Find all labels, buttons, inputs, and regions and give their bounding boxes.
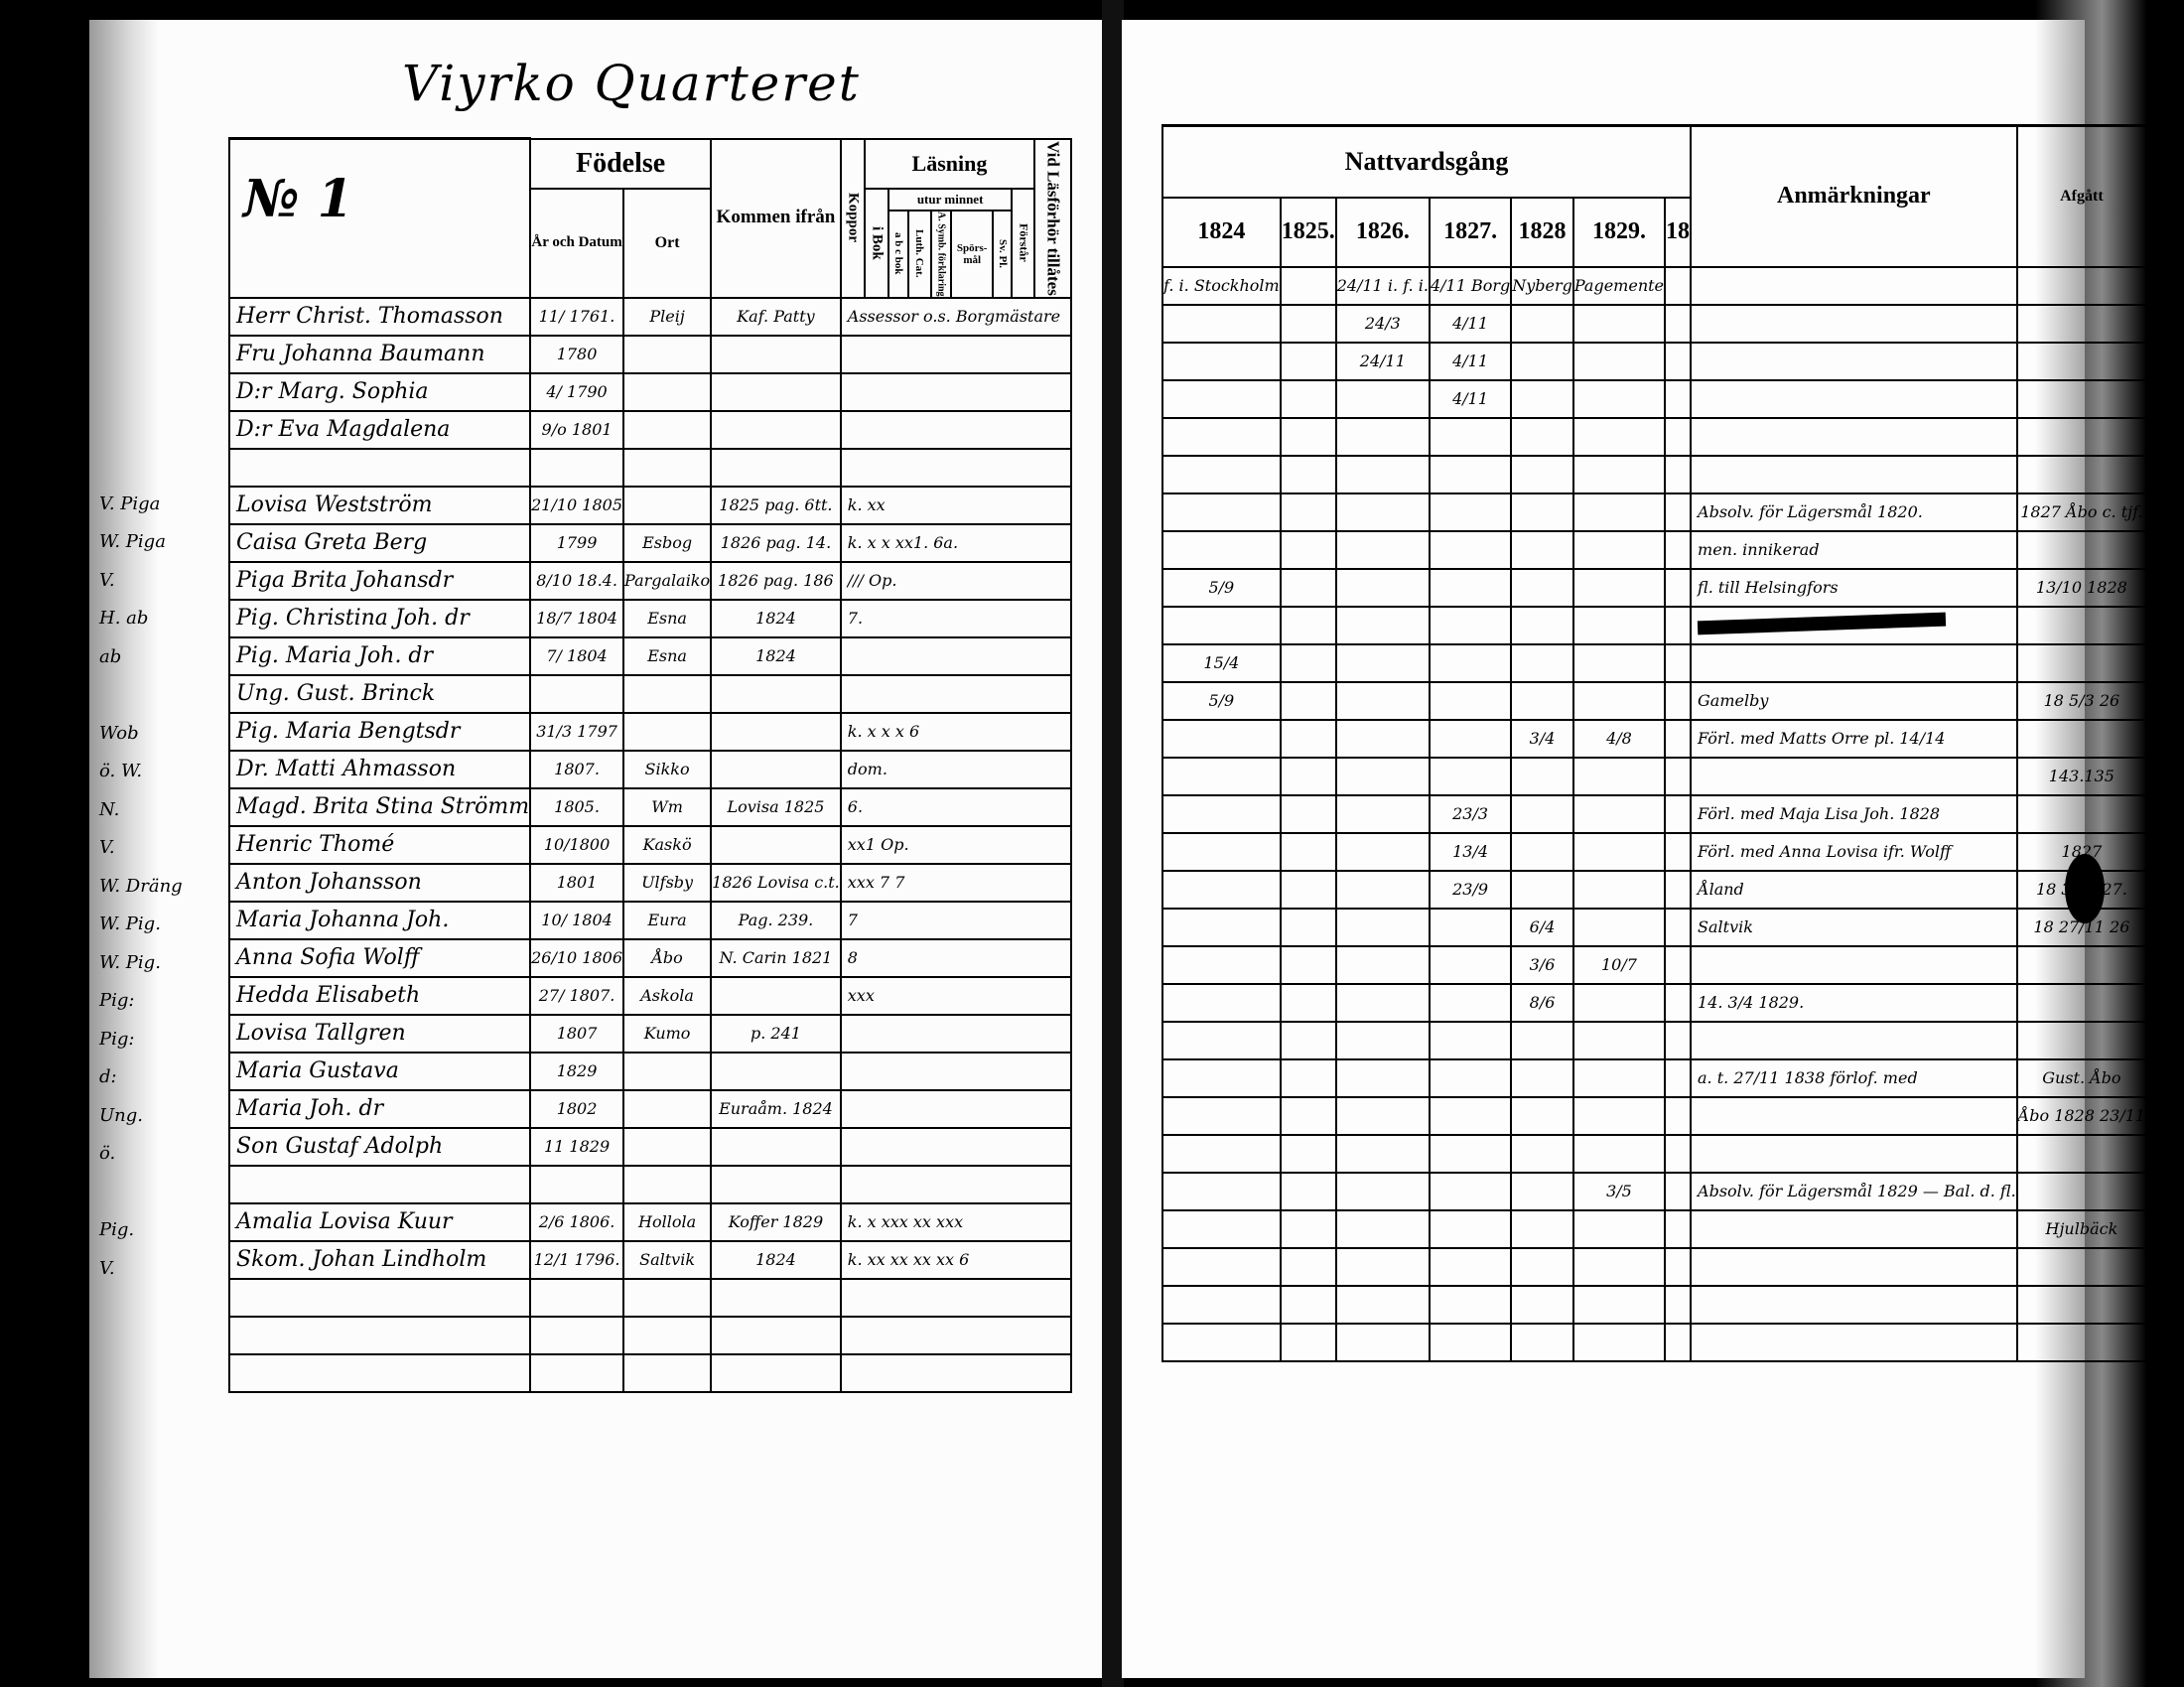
communion-1828: 3/4 [1511, 720, 1573, 758]
communion-1829 [1573, 909, 1665, 946]
person-name: D:r Eva Magdalena [229, 411, 530, 449]
birth-place: Esbog [623, 524, 711, 562]
came-from [711, 1317, 841, 1354]
header-anmarkningar: Anmärkningar [1691, 126, 2017, 267]
communion-1826 [1336, 569, 1430, 607]
communion-1827: 4/11 [1430, 380, 1511, 418]
reading-marks: 8 [841, 939, 1071, 977]
margin-prefix: ö. W. [99, 761, 142, 781]
departed [2017, 795, 2146, 833]
register-row: Fru Johanna Baumann1780 [229, 336, 1071, 373]
came-from [711, 373, 841, 411]
communion-1827 [1430, 531, 1511, 569]
remarks [1691, 1135, 2017, 1173]
came-from [711, 1166, 841, 1203]
register-row [229, 1317, 1071, 1354]
communion-1827 [1430, 1210, 1511, 1248]
communion-1826 [1336, 1135, 1430, 1173]
reading-marks [841, 675, 1071, 713]
communion-1829 [1573, 305, 1665, 343]
birth-place [623, 411, 711, 449]
communion-18xx [1665, 1210, 1691, 1248]
birth-place: Ulfsby [623, 864, 711, 902]
communion-1828 [1511, 493, 1573, 531]
departed [2017, 1324, 2146, 1361]
communion-1827: 4/11 Borg [1430, 267, 1511, 305]
remarks [1691, 380, 2017, 418]
communion-1826 [1336, 607, 1430, 644]
communion-1827 [1430, 984, 1511, 1022]
departed [2017, 343, 2146, 380]
communion-1829 [1573, 1022, 1665, 1059]
remarks: fl. till Helsingfors [1691, 569, 2017, 607]
reading-marks: /// Op. [841, 562, 1071, 600]
header-ar-och-datum: År och Datum [530, 189, 623, 298]
communion-1824 [1162, 909, 1281, 946]
register-row: Anna Sofia Wolff26/10 1806ÅboN. Carin 18… [229, 939, 1071, 977]
communion-1827: 4/11 [1430, 343, 1511, 380]
communion-1826 [1336, 1248, 1430, 1286]
birth-date: 9/o 1801 [530, 411, 623, 449]
communion-1824: f. i. Stockholm [1162, 267, 1281, 305]
register-row: Amalia Lovisa Kuur2/6 1806.HollolaKoffer… [229, 1203, 1071, 1241]
register-row [229, 1354, 1071, 1392]
communion-1825 [1281, 1286, 1336, 1324]
communion-row: Absolv. för Lägersmål 1820.1827 Åbo c. t… [1162, 493, 2146, 531]
communion-1825 [1281, 531, 1336, 569]
birth-date: 10/1800 [530, 826, 623, 864]
communion-18xx [1665, 1173, 1691, 1210]
register-row: D:r Eva Magdalena9/o 1801 [229, 411, 1071, 449]
came-from: 1826 pag. 186 [711, 562, 841, 600]
communion-1829 [1573, 607, 1665, 644]
remarks [1691, 946, 2017, 984]
communion-1826 [1336, 946, 1430, 984]
communion-1827 [1430, 1135, 1511, 1173]
remarks: Åland [1691, 871, 2017, 909]
communion-row: 5/9fl. till Helsingfors13/10 1828 [1162, 569, 2146, 607]
person-name: Lovisa Westström [229, 487, 530, 524]
birth-place [623, 1053, 711, 1090]
communion-1828 [1511, 1286, 1573, 1324]
communion-row [1162, 1248, 2146, 1286]
communion-1828 [1511, 1248, 1573, 1286]
reading-marks: Assessor o.s. Borgmästare [841, 298, 1071, 336]
communion-1829 [1573, 1324, 1665, 1361]
register-row: Pig. Maria Bengtsdr31/3 1797k. x x x 6 [229, 713, 1071, 751]
communion-1824 [1162, 607, 1281, 644]
remarks: 14. 3/4 1829. [1691, 984, 2017, 1022]
communion-row: 24/114/11 [1162, 343, 2146, 380]
birth-date: 4/ 1790 [530, 373, 623, 411]
communion-1828 [1511, 682, 1573, 720]
birth-date [530, 675, 623, 713]
communion-row: Hjulbäck [1162, 1210, 2146, 1248]
register-row: Anton Johansson1801Ulfsby1826 Lovisa c.t… [229, 864, 1071, 902]
remarks [1691, 456, 2017, 493]
margin-prefix: Pig: [99, 1029, 134, 1050]
communion-row: 24/34/11 [1162, 305, 2146, 343]
birth-date [530, 1166, 623, 1203]
communion-1828 [1511, 1097, 1573, 1135]
margin-prefix: Wob [99, 723, 139, 744]
header-luth-cat: Luth. Cat. [908, 211, 931, 298]
birth-date: 12/1 1796. [530, 1241, 623, 1279]
communion-1826 [1336, 758, 1430, 795]
communion-1828: 8/6 [1511, 984, 1573, 1022]
birth-place: Askola [623, 977, 711, 1015]
communion-1827 [1430, 644, 1511, 682]
communion-1825 [1281, 1324, 1336, 1361]
birth-date: 21/10 1805 [530, 487, 623, 524]
departed: 18 3/11 27. [2017, 871, 2146, 909]
register-row: Maria Joh. dr1802Euraåm. 1824 [229, 1090, 1071, 1128]
communion-1825 [1281, 795, 1336, 833]
margin-prefix: Ung. [99, 1105, 143, 1126]
came-from: 1826 Lovisa c.t. [711, 864, 841, 902]
communion-1826 [1336, 493, 1430, 531]
register-row: Maria Gustava1829 [229, 1053, 1071, 1090]
birth-place [623, 1279, 711, 1317]
communion-1824 [1162, 1059, 1281, 1097]
birth-place [623, 373, 711, 411]
communion-1829 [1573, 644, 1665, 682]
remarks: Saltvik [1691, 909, 2017, 946]
book-gutter [1102, 0, 1124, 1687]
communion-1828 [1511, 531, 1573, 569]
margin-prefix: V. [99, 1258, 115, 1279]
communion-1828 [1511, 569, 1573, 607]
reading-marks [841, 336, 1071, 373]
communion-1824 [1162, 720, 1281, 758]
departed: 13/10 1828 [2017, 569, 2146, 607]
communion-row: 6/4Saltvik18 27/11 26 [1162, 909, 2146, 946]
left-register-table: Födelse Kommen ifrån Koppor Läsning Vid … [228, 137, 1072, 1393]
person-name: Maria Joh. dr [229, 1090, 530, 1128]
communion-row: 23/9Åland18 3/11 27. [1162, 871, 2146, 909]
reading-marks: k. x x x 6 [841, 713, 1071, 751]
communion-1825 [1281, 305, 1336, 343]
communion-1829: Pagemente [1573, 267, 1665, 305]
communion-row: 3/5Absolv. för Lägersmål 1829 — Bal. d. … [1162, 1173, 2146, 1210]
came-from [711, 411, 841, 449]
departed: Åbo 1828 23/11 [2017, 1097, 2146, 1135]
person-name [229, 1354, 530, 1392]
communion-18xx [1665, 456, 1691, 493]
communion-1827 [1430, 720, 1511, 758]
communion-1828: 6/4 [1511, 909, 1573, 946]
communion-1826 [1336, 1210, 1430, 1248]
margin-prefix: Pig: [99, 990, 134, 1011]
communion-18xx [1665, 758, 1691, 795]
reading-marks [841, 449, 1071, 487]
register-row: Maria Johanna Joh.10/ 1804EuraPag. 239.7 [229, 902, 1071, 939]
person-name: Piga Brita Johansdr [229, 562, 530, 600]
communion-1829 [1573, 1059, 1665, 1097]
person-name: Maria Johanna Joh. [229, 902, 530, 939]
communion-18xx [1665, 644, 1691, 682]
person-name: Skom. Johan Lindholm [229, 1241, 530, 1279]
came-from: 1824 [711, 637, 841, 675]
communion-18xx [1665, 682, 1691, 720]
communion-1824 [1162, 795, 1281, 833]
birth-date: 2/6 1806. [530, 1203, 623, 1241]
communion-1824 [1162, 493, 1281, 531]
birth-place: Wm [623, 788, 711, 826]
departed [2017, 305, 2146, 343]
birth-place [623, 675, 711, 713]
communion-1828 [1511, 380, 1573, 418]
header-year-1824: 1824 [1162, 198, 1281, 267]
register-row [229, 449, 1071, 487]
reading-marks [841, 1317, 1071, 1354]
communion-18xx [1665, 493, 1691, 531]
came-from: Euraåm. 1824 [711, 1090, 841, 1128]
birth-date: 1802 [530, 1090, 623, 1128]
communion-1827 [1430, 946, 1511, 984]
came-from [711, 977, 841, 1015]
communion-1829 [1573, 871, 1665, 909]
communion-1829 [1573, 1135, 1665, 1173]
communion-1826: 24/11 i. f. i. [1336, 267, 1430, 305]
right-register-table: Nattvardsgång Anmärkningar Afgått 1824 1… [1161, 124, 2147, 1362]
birth-date: 1807 [530, 1015, 623, 1053]
remarks [1691, 1286, 2017, 1324]
came-from: p. 241 [711, 1015, 841, 1053]
communion-1826 [1336, 1097, 1430, 1135]
communion-1824 [1162, 758, 1281, 795]
birth-date: 7/ 1804 [530, 637, 623, 675]
person-name: Herr Christ. Thomasson [229, 298, 530, 336]
communion-1825 [1281, 833, 1336, 871]
came-from [711, 1128, 841, 1166]
reading-marks: k. x x xx1. 6a. [841, 524, 1071, 562]
communion-1828 [1511, 1022, 1573, 1059]
communion-1828 [1511, 607, 1573, 644]
departed [2017, 984, 2146, 1022]
header-lasning: Läsning [865, 139, 1034, 189]
communion-1824 [1162, 1135, 1281, 1173]
birth-place [623, 1166, 711, 1203]
header-kommen-ifran: Kommen ifrån [711, 139, 841, 298]
communion-1826 [1336, 531, 1430, 569]
birth-date: 1805. [530, 788, 623, 826]
header-abc-bok: a b c bok [888, 211, 908, 298]
communion-row [1162, 418, 2146, 456]
came-from: 1824 [711, 1241, 841, 1279]
communion-1828 [1511, 795, 1573, 833]
communion-1829 [1573, 569, 1665, 607]
person-name: Ung. Gust. Brinck [229, 675, 530, 713]
birth-place: Eura [623, 902, 711, 939]
person-name: Amalia Lovisa Kuur [229, 1203, 530, 1241]
register-row: Herr Christ. Thomasson11/ 1761.PleijKaf.… [229, 298, 1071, 336]
birth-date [530, 1317, 623, 1354]
communion-18xx [1665, 1059, 1691, 1097]
communion-1827: 23/3 [1430, 795, 1511, 833]
header-a-symb: A. Symb. förklaring [931, 211, 952, 298]
birth-place: Hollola [623, 1203, 711, 1241]
reading-marks [841, 637, 1071, 675]
margin-prefix: H. ab [99, 608, 148, 629]
communion-1825 [1281, 493, 1336, 531]
remarks: Förl. med Maja Lisa Joh. 1828 [1691, 795, 2017, 833]
communion-row: 23/3Förl. med Maja Lisa Joh. 1828 [1162, 795, 2146, 833]
communion-1827 [1430, 1059, 1511, 1097]
communion-1824 [1162, 1248, 1281, 1286]
came-from [711, 751, 841, 788]
person-name: Hedda Elisabeth [229, 977, 530, 1015]
person-name: Pig. Christina Joh. dr [229, 600, 530, 637]
communion-1829 [1573, 1286, 1665, 1324]
header-year-18: 18 [1665, 198, 1691, 267]
communion-18xx [1665, 833, 1691, 871]
came-from [711, 1354, 841, 1392]
communion-row [1162, 1022, 2146, 1059]
margin-prefix: V. [99, 837, 115, 858]
communion-1827 [1430, 682, 1511, 720]
remarks: Förl. med Anna Lovisa ifr. Wolff [1691, 833, 2017, 871]
reading-marks: xxx [841, 977, 1071, 1015]
header-utur-minnet: utur minnet [888, 189, 1013, 211]
reading-marks: k. xx xx xx xx 6 [841, 1241, 1071, 1279]
communion-1828 [1511, 305, 1573, 343]
header-koppor: Koppor [841, 139, 865, 298]
communion-row: 3/44/8Förl. med Matts Orre pl. 14/14 [1162, 720, 2146, 758]
communion-1829: 10/7 [1573, 946, 1665, 984]
remarks [1691, 1324, 2017, 1361]
birth-date: 27/ 1807. [530, 977, 623, 1015]
communion-1824 [1162, 1210, 1281, 1248]
person-name: Henric Thomé [229, 826, 530, 864]
birth-place: Sikko [623, 751, 711, 788]
departed [2017, 1135, 2146, 1173]
communion-18xx [1665, 909, 1691, 946]
communion-18xx [1665, 1248, 1691, 1286]
communion-1824 [1162, 1173, 1281, 1210]
margin-prefix: d: [99, 1066, 117, 1087]
reading-marks: 6. [841, 788, 1071, 826]
communion-1827 [1430, 1097, 1511, 1135]
communion-18xx [1665, 1022, 1691, 1059]
communion-18xx [1665, 871, 1691, 909]
communion-row: 3/610/7 [1162, 946, 2146, 984]
departed [2017, 720, 2146, 758]
communion-1828 [1511, 1173, 1573, 1210]
birth-place: Esna [623, 637, 711, 675]
communion-1824: 5/9 [1162, 569, 1281, 607]
communion-1828 [1511, 833, 1573, 871]
communion-1828 [1511, 871, 1573, 909]
communion-1827 [1430, 569, 1511, 607]
communion-row: 15/4 [1162, 644, 2146, 682]
communion-1824 [1162, 531, 1281, 569]
communion-1827: 23/9 [1430, 871, 1511, 909]
communion-1827: 13/4 [1430, 833, 1511, 871]
margin-prefix: W. Dräng [99, 876, 183, 897]
came-from: Lovisa 1825 [711, 788, 841, 826]
departed [2017, 1022, 2146, 1059]
reading-marks [841, 1053, 1071, 1090]
communion-18xx [1665, 1286, 1691, 1324]
register-row: Piga Brita Johansdr8/10 18.4.Pargalaiko1… [229, 562, 1071, 600]
remarks [1691, 418, 2017, 456]
person-name: Lovisa Tallgren [229, 1015, 530, 1053]
register-row: Pig. Maria Joh. dr7/ 1804Esna1824 [229, 637, 1071, 675]
birth-place [623, 1090, 711, 1128]
remarks: Förl. med Matts Orre pl. 14/14 [1691, 720, 2017, 758]
remarks: Absolv. för Lägersmål 1829 — Bal. d. fl. [1691, 1173, 2017, 1210]
person-name: D:r Marg. Sophia [229, 373, 530, 411]
birth-date [530, 1279, 623, 1317]
birth-place [623, 336, 711, 373]
register-row: Caisa Greta Berg1799Esbog1826 pag. 14.k.… [229, 524, 1071, 562]
birth-date [530, 1354, 623, 1392]
communion-1826 [1336, 984, 1430, 1022]
register-row: Hedda Elisabeth27/ 1807.Askolaxxx [229, 977, 1071, 1015]
communion-1829: 4/8 [1573, 720, 1665, 758]
communion-1825 [1281, 682, 1336, 720]
communion-row: 4/11 [1162, 380, 2146, 418]
remarks: a. t. 27/11 1838 förlof. med [1691, 1059, 2017, 1097]
communion-1825 [1281, 909, 1336, 946]
communion-row [1162, 1324, 2146, 1361]
remarks [1691, 758, 2017, 795]
header-afgatt: Afgått [2017, 126, 2146, 267]
communion-row [1162, 607, 2146, 644]
birth-place [623, 1317, 711, 1354]
remarks [1691, 644, 2017, 682]
communion-1825 [1281, 720, 1336, 758]
reading-marks [841, 1090, 1071, 1128]
communion-row [1162, 1135, 2146, 1173]
communion-1827 [1430, 1286, 1511, 1324]
communion-18xx [1665, 720, 1691, 758]
name-column-header [229, 139, 530, 298]
remarks: Absolv. för Lägersmål 1820. [1691, 493, 2017, 531]
communion-18xx [1665, 795, 1691, 833]
reading-marks: xxx 7 7 [841, 864, 1071, 902]
reading-marks: xx1 Op. [841, 826, 1071, 864]
communion-1826 [1336, 795, 1430, 833]
remarks [1691, 1022, 2017, 1059]
communion-1826 [1336, 380, 1430, 418]
person-name: Pig. Maria Bengtsdr [229, 713, 530, 751]
person-name [229, 1166, 530, 1203]
remarks: Gamelby [1691, 682, 2017, 720]
header-forstar: Förstår [1012, 189, 1034, 298]
communion-row: men. innikerad [1162, 531, 2146, 569]
reading-marks: k. x xxx xx xxx [841, 1203, 1071, 1241]
communion-row: a. t. 27/11 1838 förlof. medGust. Åbo [1162, 1059, 2146, 1097]
came-from [711, 1279, 841, 1317]
birth-place: Pargalaiko [623, 562, 711, 600]
came-from [711, 336, 841, 373]
communion-1829 [1573, 493, 1665, 531]
communion-1824 [1162, 1324, 1281, 1361]
register-row: Lovisa Tallgren1807Kumop. 241 [229, 1015, 1071, 1053]
margin-prefix: W. Pig. [99, 914, 161, 934]
communion-1829 [1573, 984, 1665, 1022]
communion-1824 [1162, 380, 1281, 418]
communion-1825 [1281, 267, 1336, 305]
communion-1824 [1162, 1022, 1281, 1059]
communion-18xx [1665, 418, 1691, 456]
person-name: Pig. Maria Joh. dr [229, 637, 530, 675]
communion-row: 13/4Förl. med Anna Lovisa ifr. Wolff1827 [1162, 833, 2146, 871]
person-name [229, 1317, 530, 1354]
communion-1829 [1573, 418, 1665, 456]
